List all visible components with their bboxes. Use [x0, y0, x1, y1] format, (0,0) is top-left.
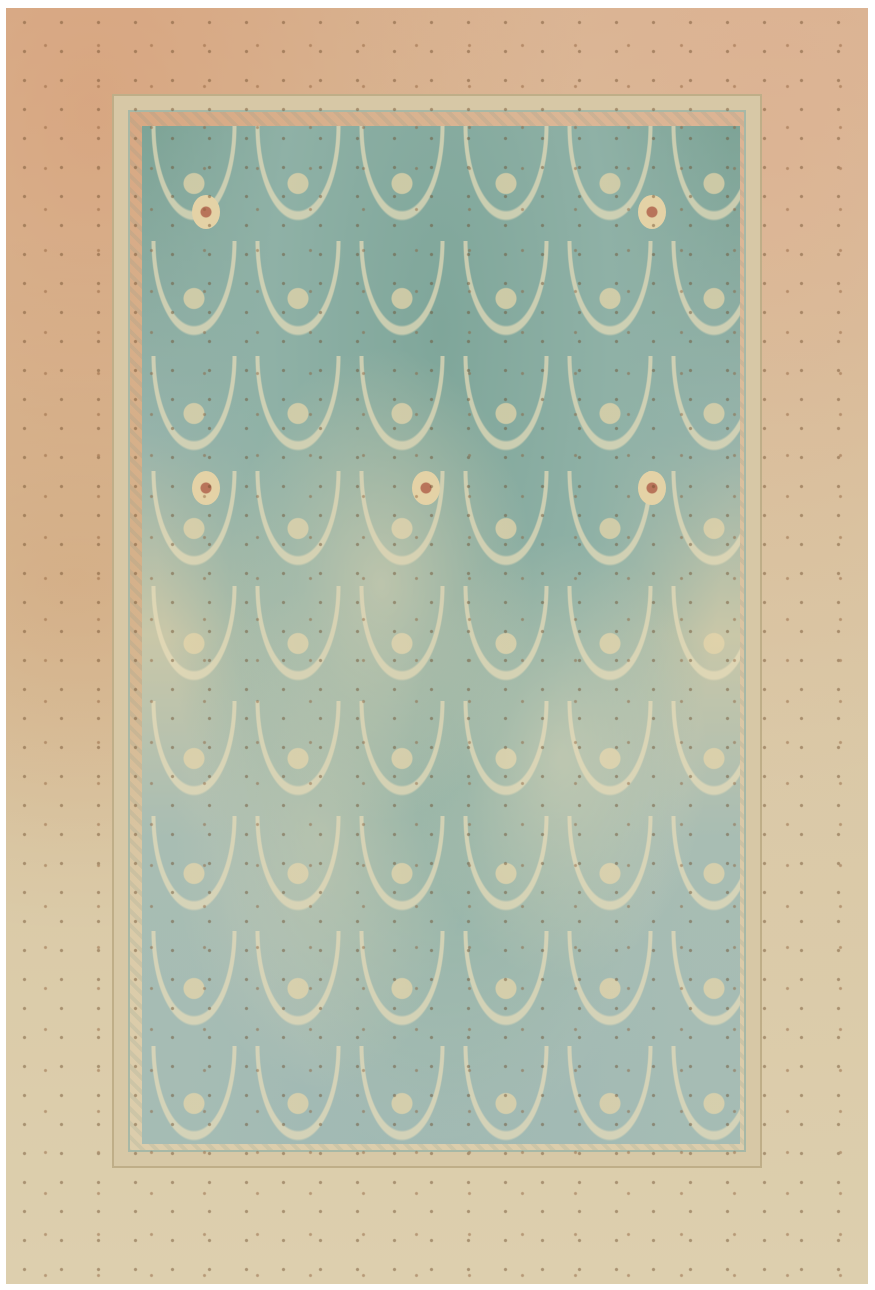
- rug-photo: [6, 8, 868, 1284]
- rug-speckle-motifs: [6, 8, 868, 1284]
